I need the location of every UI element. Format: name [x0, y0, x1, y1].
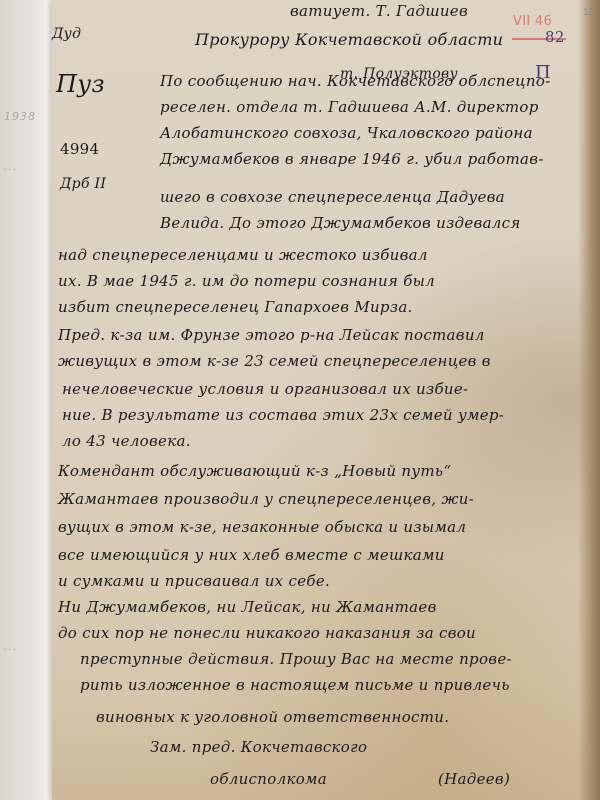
body-line: живущих в этом к-зе 23 семей спецпересел… [58, 352, 491, 370]
ghost-text: ... [4, 160, 18, 173]
body-line: их. В мае 1945 г. им до потери сознания … [58, 272, 435, 290]
signatory-title-1: Зам. пред. Кокчетавского [150, 738, 367, 756]
body-line: рить изложенное в настоящем письме и при… [80, 676, 510, 694]
aged-page-edge [578, 0, 600, 800]
body-line: ло 43 человека. [62, 432, 191, 450]
body-line: Алобатинского совхоза, Чкаловского район… [160, 124, 533, 142]
resolution-scribble: Пуз [56, 70, 105, 98]
pencil-corner-number: 15 [583, 8, 595, 18]
body-line: По сообщению нач. Кокчетавского облспецп… [160, 72, 551, 90]
signatory-title-2: облисполкома [210, 770, 327, 788]
body-line: преступные действия. Прошу Вас на месте … [80, 650, 512, 668]
body-line: над спецпереселенцами и жестоко избивал [58, 246, 428, 264]
body-line: Комендант обслуживающий к-з „Новый путь“ [58, 462, 451, 480]
body-line: шего в совхозе спецпереселенца Дадуева [160, 188, 505, 206]
body-line: Велида. До этого Джумамбеков издевался [160, 214, 521, 232]
registration-date: Дрб II [60, 176, 106, 192]
ghost-text: 1938 [4, 110, 36, 123]
body-line: ние. В результате из состава этих 23х се… [62, 406, 504, 424]
margin-scribble: Дуд [52, 26, 81, 42]
body-line: Джумамбеков в январе 1946 г. убил работа… [160, 150, 544, 168]
signature: (Надеев) [438, 770, 510, 788]
body-line: до сих пор не понесли никакого наказания… [58, 624, 476, 642]
top-annotation: ватиует. Т. Гадшиев [290, 2, 468, 20]
body-line: и сумками и присваивал их себе. [58, 572, 330, 590]
archive-red-stamp: VII 46 [513, 14, 552, 29]
ghost-text: ... [4, 640, 18, 653]
body-line: виновных к уголовной ответственности. [96, 708, 449, 726]
body-line: нечеловеческие условия и организовал их … [62, 380, 468, 398]
addressee-line-1: Прокурору Кокчетавской области [195, 30, 503, 49]
body-line: реселен. отдела т. Гадшиева А.М. директо… [160, 98, 539, 116]
body-line: вущих в этом к-зе, незаконные обыска и и… [58, 518, 466, 536]
body-line: Пред. к-за им. Фрунзе этого р-на Лейсак … [58, 326, 485, 344]
body-line: избит спецпереселенец Гапархоев Мирза. [58, 298, 413, 316]
page-number: 82 [545, 28, 565, 46]
registration-number: 4994 [60, 140, 99, 158]
body-line: все имеющийся у них хлеб вместе с мешкам… [58, 546, 445, 564]
body-line: Ни Джумамбеков, ни Лейсак, ни Жамантаев [58, 598, 437, 616]
body-line: Жамантаев производил у спецпереселенцев,… [58, 490, 474, 508]
